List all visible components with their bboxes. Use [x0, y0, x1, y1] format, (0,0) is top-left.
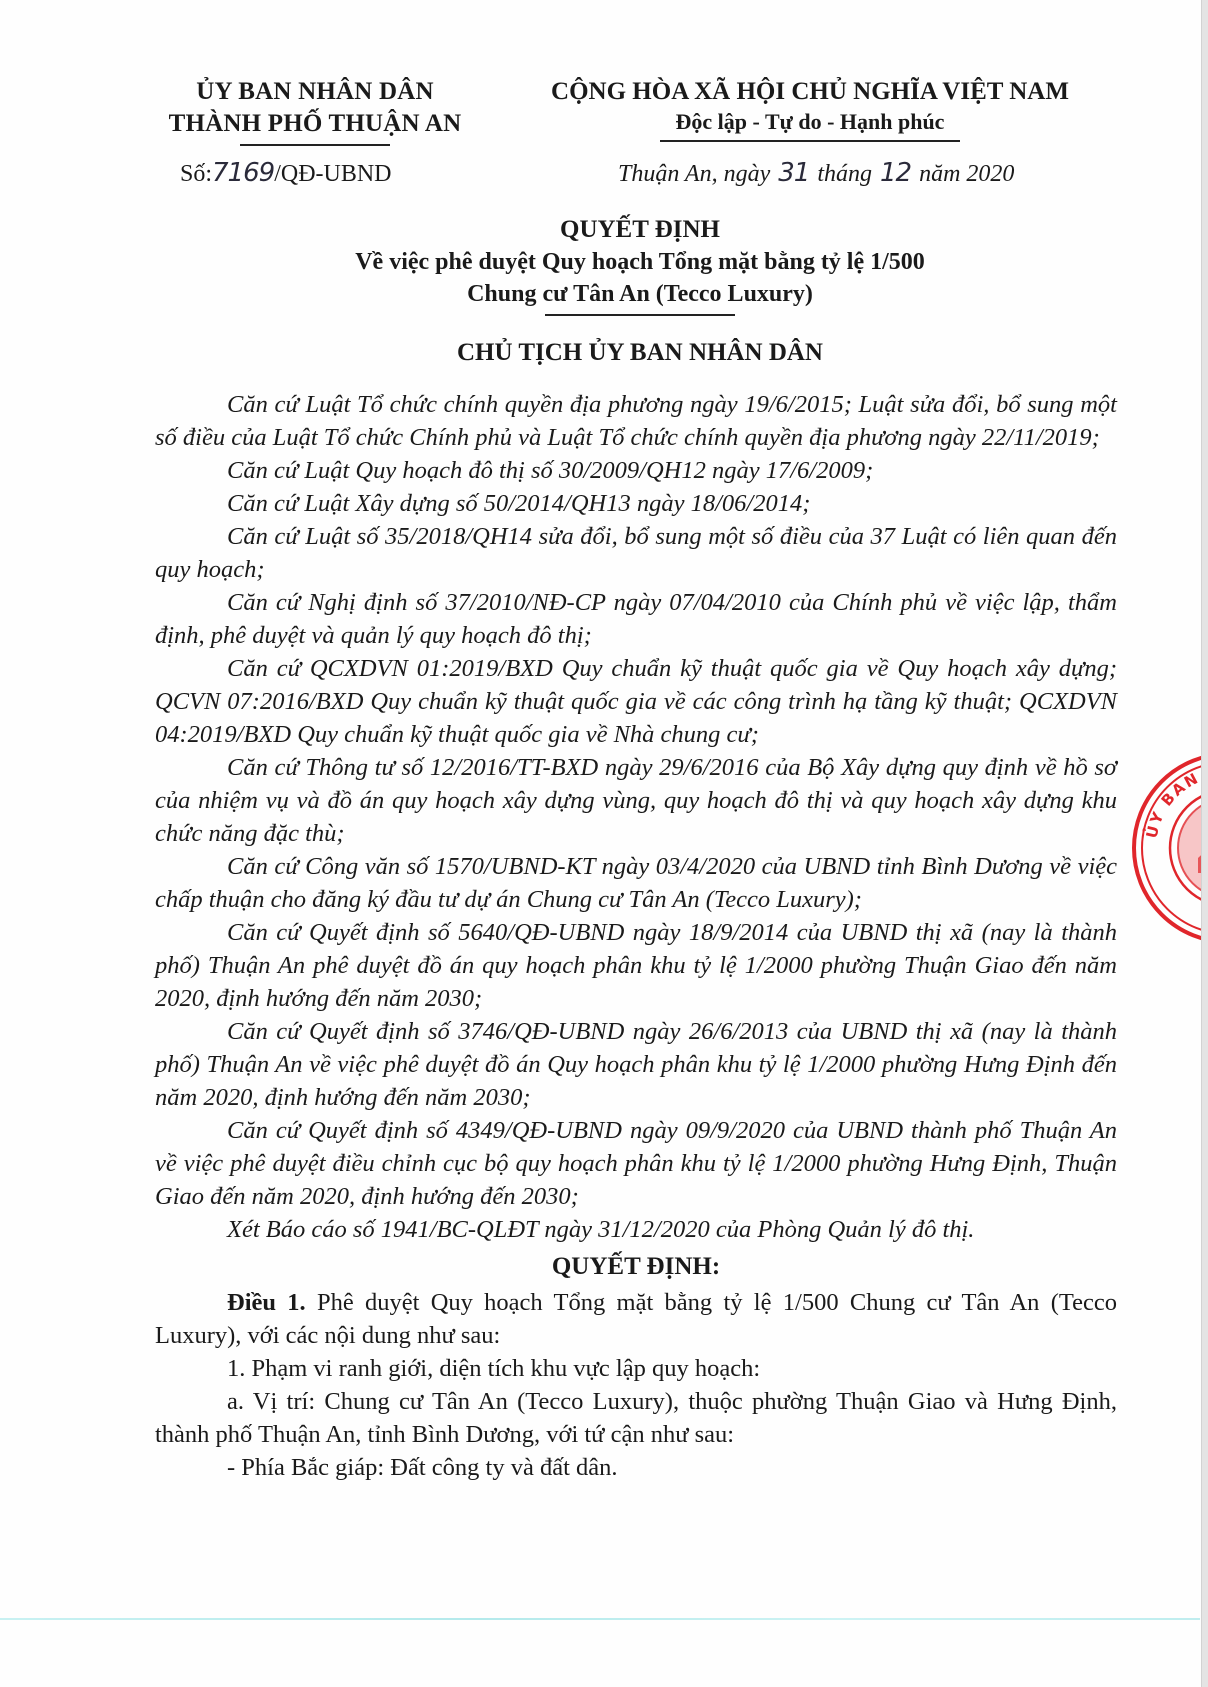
- legal-basis: Căn cứ QCXDVN 01:2019/BXD Quy chuẩn kỹ t…: [155, 652, 1117, 751]
- legal-basis: Căn cứ Nghị định số 37/2010/NĐ-CP ngày 0…: [155, 586, 1117, 652]
- handwritten-month: 12: [880, 158, 911, 188]
- agency-line-1: ỦY BAN NHÂN DÂN: [150, 76, 480, 108]
- legal-basis: Căn cứ Quyết định số 3746/QĐ-UBND ngày 2…: [155, 1015, 1117, 1114]
- national-header: CỘNG HÒA XÃ HỘI CHỦ NGHĨA VIỆT NAM Độc l…: [520, 76, 1100, 142]
- handwritten-day: 31: [778, 158, 809, 188]
- scan-artifact-line: [0, 1618, 1200, 1620]
- legal-basis: Căn cứ Thông tư số 12/2016/TT-BXD ngày 2…: [155, 751, 1117, 850]
- number-prefix: Số:: [180, 161, 212, 187]
- number-suffix: /QĐ-UBND: [274, 161, 391, 187]
- year-text: năm 2020: [919, 161, 1014, 187]
- place-and-date: Thuận An, ngày31tháng12năm 2020: [618, 158, 1014, 189]
- place-prefix: Thuận An, ngày: [618, 161, 770, 187]
- legal-basis: Căn cứ Quyết định số 4349/QĐ-UBND ngày 0…: [155, 1114, 1117, 1213]
- legal-basis: Căn cứ Luật số 35/2018/QH14 sửa đổi, bổ …: [155, 520, 1117, 586]
- legal-basis: Xét Báo cáo số 1941/BC-QLĐT ngày 31/12/2…: [155, 1213, 1117, 1246]
- document-body: Căn cứ Luật Tổ chức chính quyền địa phươ…: [155, 388, 1117, 1484]
- decision-heading: QUYẾT ĐỊNH:: [155, 1250, 1117, 1284]
- legal-basis: Căn cứ Quyết định số 5640/QĐ-UBND ngày 1…: [155, 916, 1117, 1015]
- title-subject-line-1: Về việc phê duyệt Quy hoạch Tổng mặt bằn…: [140, 246, 1140, 278]
- legal-basis: Căn cứ Luật Quy hoạch đô thị số 30/2009/…: [155, 454, 1117, 487]
- title-subject-line-2: Chung cư Tân An (Tecco Luxury): [140, 278, 1140, 310]
- nation-name: CỘNG HÒA XÃ HỘI CHỦ NGHĨA VIỆT NAM: [520, 76, 1100, 108]
- article-1-item-1: 1. Phạm vi ranh giới, diện tích khu vực …: [155, 1352, 1117, 1385]
- agency-line-2: THÀNH PHỐ THUẬN AN: [150, 108, 480, 140]
- legal-basis: Căn cứ Luật Xây dựng số 50/2014/QH13 ngà…: [155, 487, 1117, 520]
- official-seal-icon: ỦY BAN NHÂN DÂN THÀNH PHỐ: [1128, 748, 1208, 948]
- legal-basis: Căn cứ Luật Tổ chức chính quyền địa phươ…: [155, 388, 1117, 454]
- document-title: QUYẾT ĐỊNH Về việc phê duyệt Quy hoạch T…: [140, 214, 1140, 316]
- motto-underline: [660, 140, 960, 142]
- legal-basis: Căn cứ Công văn số 1570/UBND-KT ngày 03/…: [155, 850, 1117, 916]
- issuing-authority: CHỦ TỊCH ỦY BAN NHÂN DÂN: [140, 337, 1140, 369]
- issuing-agency: ỦY BAN NHÂN DÂN THÀNH PHỐ THUẬN AN: [150, 76, 480, 146]
- title-underline: [545, 314, 735, 316]
- document-page: ỦY BAN NHÂN DÂN THÀNH PHỐ THUẬN AN CỘNG …: [0, 0, 1208, 1687]
- north-boundary: - Phía Bắc giáp: Đất công ty và đất dân.: [155, 1451, 1117, 1484]
- article-1-item-1a: a. Vị trí: Chung cư Tân An (Tecco Luxury…: [155, 1385, 1117, 1451]
- document-number: Số:7169/QĐ-UBND: [180, 158, 392, 189]
- article-1-label: Điều 1.: [227, 1289, 306, 1316]
- agency-underline: [240, 144, 390, 146]
- national-motto: Độc lập - Tự do - Hạnh phúc: [520, 108, 1100, 136]
- month-label: tháng: [817, 161, 872, 187]
- article-1: Điều 1. Phê duyệt Quy hoạch Tổng mặt bằn…: [155, 1286, 1117, 1352]
- page-edge: [1201, 0, 1208, 1687]
- handwritten-number: 7169: [212, 158, 274, 188]
- title-heading: QUYẾT ĐỊNH: [140, 214, 1140, 246]
